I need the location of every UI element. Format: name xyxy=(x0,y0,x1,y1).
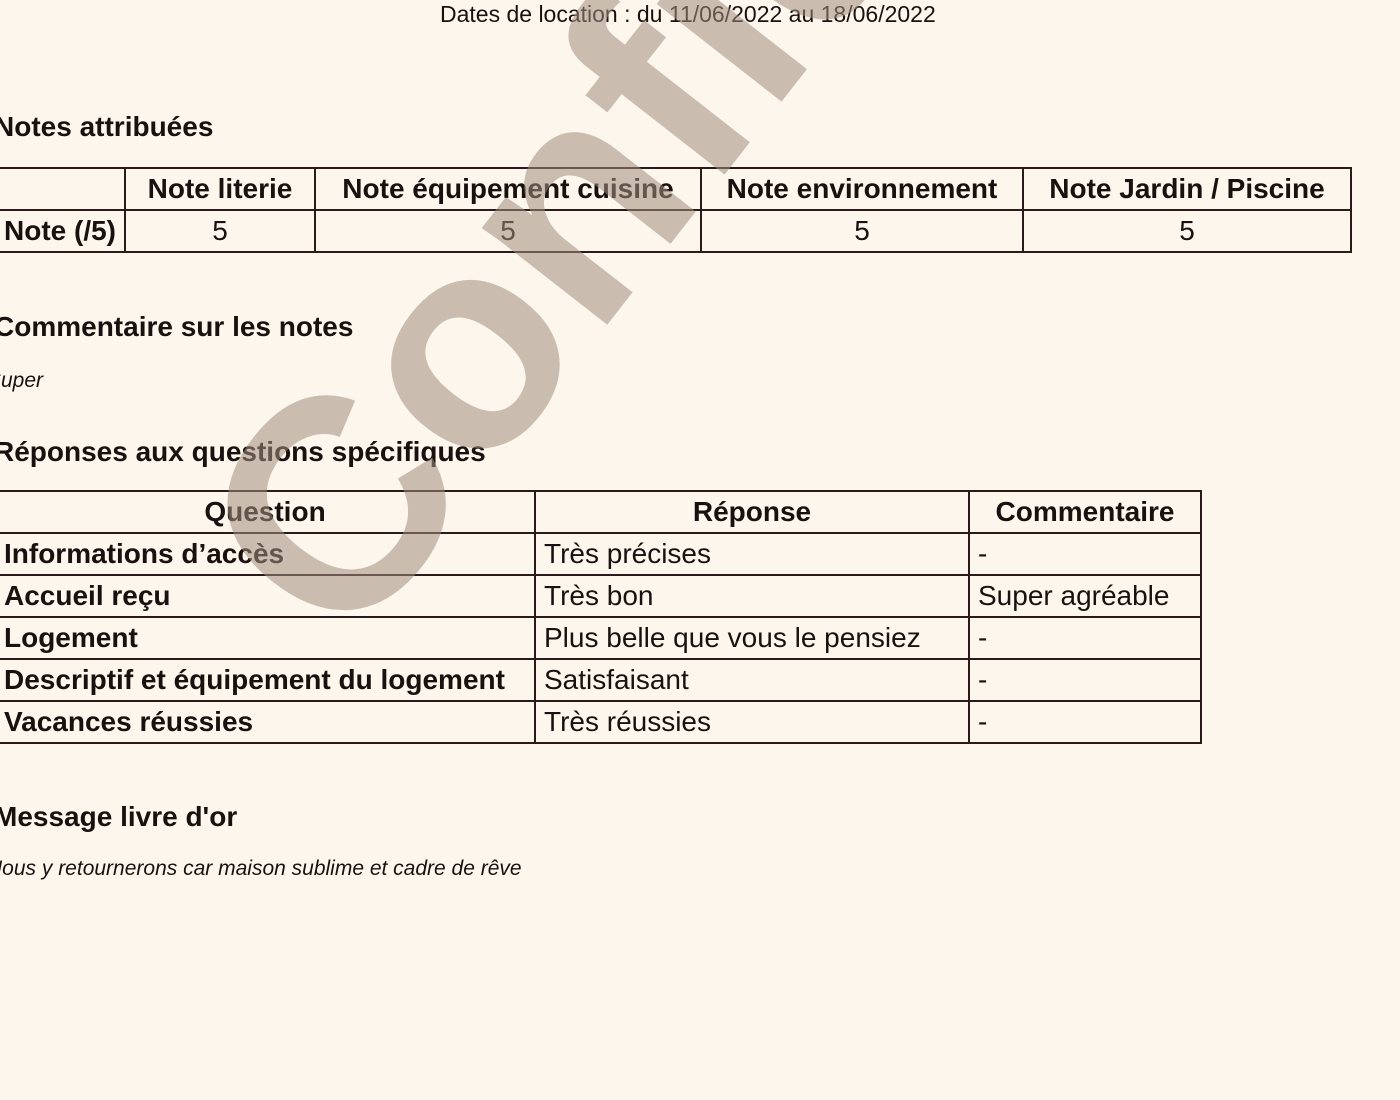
ratings-header: Note équipement cuisine xyxy=(315,168,701,210)
rental-dates: Dates de location : du 11/06/2022 au 18/… xyxy=(440,0,936,28)
answer-cell: Plus belle que vous le pensiez xyxy=(535,617,969,659)
section-title-responses: Réponses aux questions spécifiques xyxy=(0,435,486,469)
ratings-header-empty xyxy=(0,168,125,210)
table-row: Logement Plus belle que vous le pensiez … xyxy=(0,617,1201,659)
question-cell: Logement xyxy=(0,617,535,659)
table-row: Descriptif et équipement du logement Sat… xyxy=(0,659,1201,701)
ratings-row: Note (/5) 5 5 5 5 xyxy=(0,210,1351,252)
responses-header-comment: Commentaire xyxy=(969,491,1201,533)
comment-cell: - xyxy=(969,617,1201,659)
answer-cell: Très réussies xyxy=(535,701,969,743)
section-title-comment: Commentaire sur les notes xyxy=(0,310,353,344)
comment-cell: - xyxy=(969,533,1201,575)
answer-cell: Très bon xyxy=(535,575,969,617)
table-row: Informations d’accès Très précises - xyxy=(0,533,1201,575)
answer-cell: Très précises xyxy=(535,533,969,575)
guestbook-message: Nous y retournerons car maison sublime e… xyxy=(0,856,522,882)
responses-table: Question Réponse Commentaire Information… xyxy=(0,490,1202,744)
rating-value: 5 xyxy=(125,210,315,252)
ratings-header: Note Jardin / Piscine xyxy=(1023,168,1351,210)
question-cell: Informations d’accès xyxy=(0,533,535,575)
rating-value: 5 xyxy=(315,210,701,252)
ratings-header: Note literie xyxy=(125,168,315,210)
question-cell: Accueil reçu xyxy=(0,575,535,617)
ratings-header-row: Note literie Note équipement cuisine Not… xyxy=(0,168,1351,210)
ratings-comment-text: Super xyxy=(0,368,43,394)
ratings-row-label: Note (/5) xyxy=(0,210,125,252)
ratings-header: Note environnement xyxy=(701,168,1023,210)
question-cell: Vacances réussies xyxy=(0,701,535,743)
question-cell: Descriptif et équipement du logement xyxy=(0,659,535,701)
responses-header-answer: Réponse xyxy=(535,491,969,533)
section-title-guestbook: Message livre d'or xyxy=(0,800,237,834)
table-row: Accueil reçu Très bon Super agréable xyxy=(0,575,1201,617)
responses-header-question: Question xyxy=(0,491,535,533)
rating-value: 5 xyxy=(1023,210,1351,252)
ratings-table: Note literie Note équipement cuisine Not… xyxy=(0,167,1352,253)
answer-cell: Satisfaisant xyxy=(535,659,969,701)
section-title-notes: Notes attribuées xyxy=(0,110,213,144)
table-row: Vacances réussies Très réussies - xyxy=(0,701,1201,743)
comment-cell: - xyxy=(969,659,1201,701)
rating-value: 5 xyxy=(701,210,1023,252)
document-page: Dates de location : du 11/06/2022 au 18/… xyxy=(0,0,1400,1100)
comment-cell: - xyxy=(969,701,1201,743)
comment-cell: Super agréable xyxy=(969,575,1201,617)
responses-header-row: Question Réponse Commentaire xyxy=(0,491,1201,533)
